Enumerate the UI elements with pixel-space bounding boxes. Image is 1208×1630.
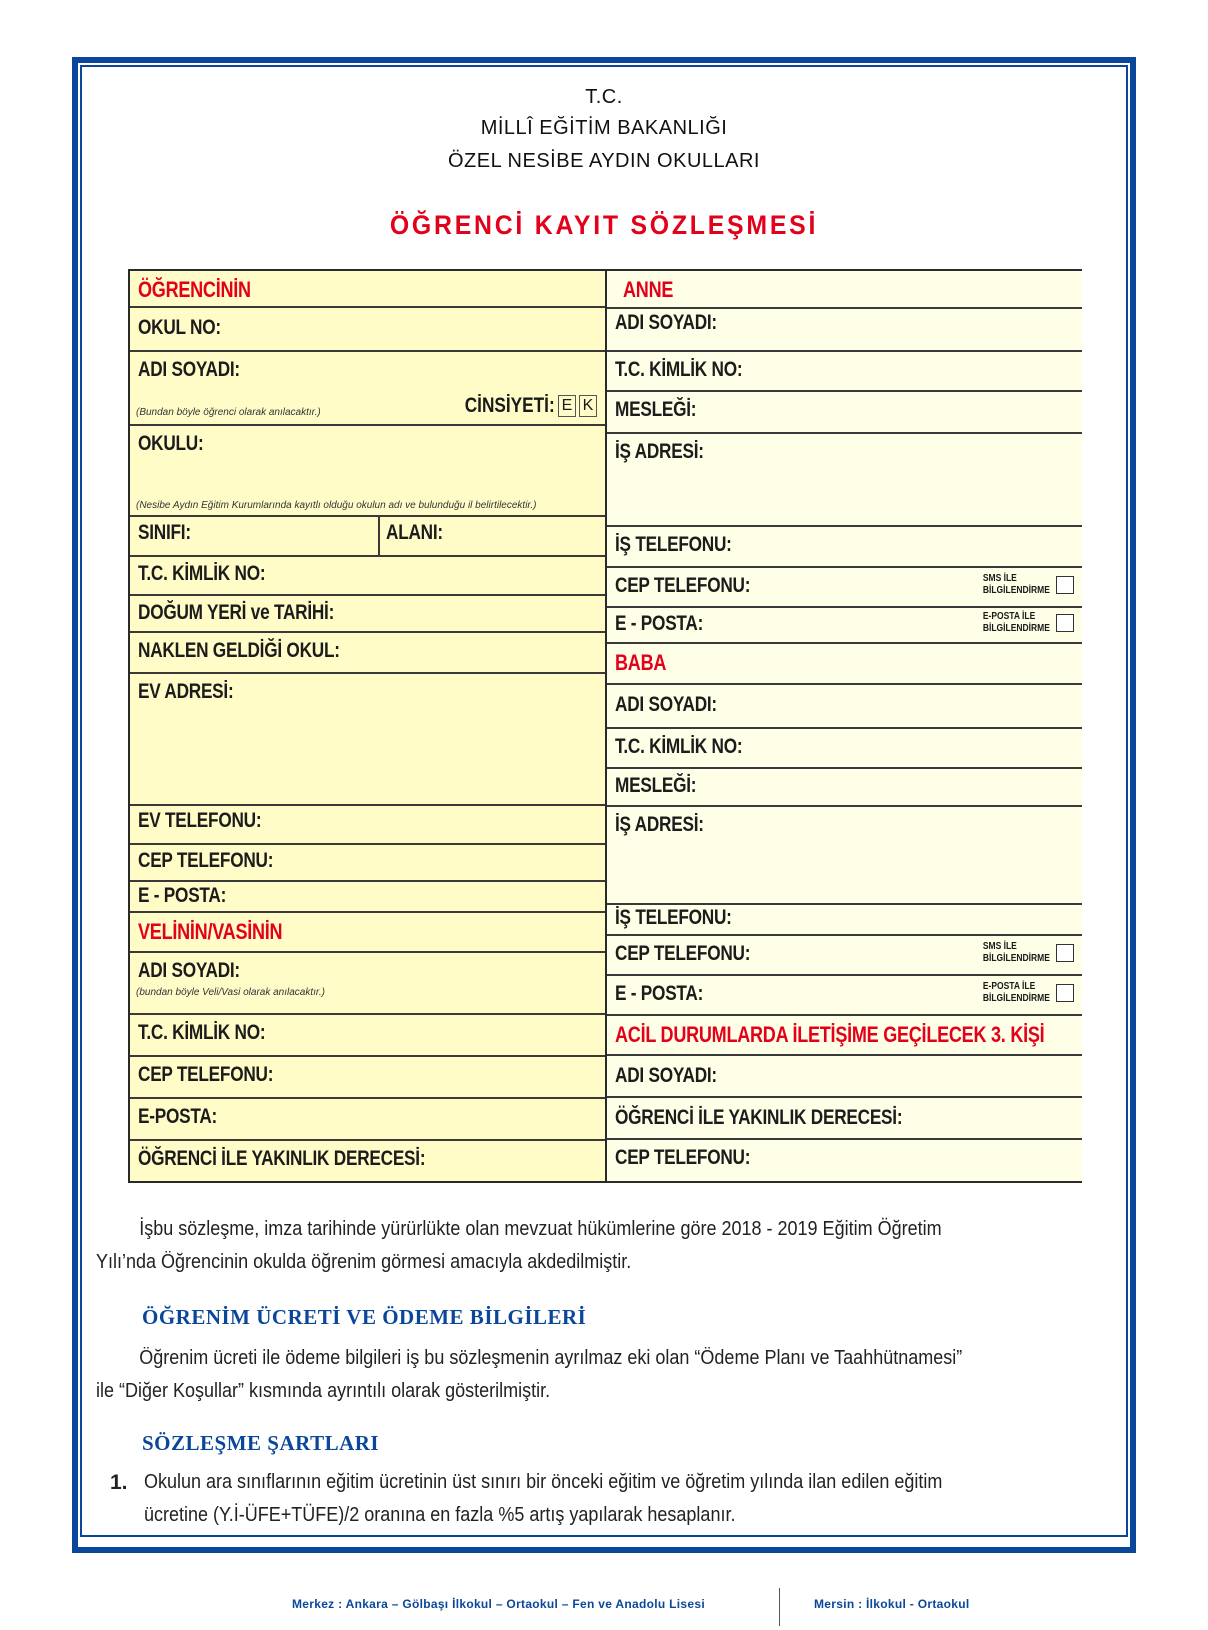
field-student-tc[interactable]: T.C. KİMLİK NO: <box>130 557 605 596</box>
field-student-dogum[interactable]: DOĞUM YERİ ve TARİHİ: <box>130 596 605 633</box>
field-label: NAKLEN GELDİĞİ OKUL: <box>138 639 340 663</box>
section-label: ANNE <box>623 277 673 303</box>
field-father-cep[interactable]: CEP TELEFONU: SMS İLEBİLGİLENDİRME <box>607 936 1082 976</box>
field-guardian-yakinlik[interactable]: ÖĞRENCİ İLE YAKINLIK DERECESİ: <box>130 1141 605 1181</box>
section-label: ÖĞRENCİNİN <box>138 277 251 303</box>
field-label: İŞ ADRESİ: <box>615 440 704 464</box>
field-label: E - POSTA: <box>615 612 703 636</box>
parents-column: ANNE ADI SOYADI: T.C. KİMLİK NO: MESLEĞİ… <box>605 271 1082 1181</box>
student-guardian-column: ÖĞRENCİNİN OKUL NO: ADI SOYADI: (Bundan … <box>130 271 605 1181</box>
intro-paragraph: İşbu sözleşme, imza tarihinde yürürlükte… <box>96 1213 1126 1279</box>
guardian-section-header: VELİNİN/VASİNİN <box>130 913 605 953</box>
field-student-ev-tel[interactable]: EV TELEFONU: <box>130 806 605 845</box>
mother-sms-checkbox[interactable] <box>1056 576 1074 594</box>
field-label: E - POSTA: <box>615 982 703 1006</box>
field-guardian-cep[interactable]: CEP TELEFONU: <box>130 1057 605 1099</box>
section-label: VELİNİN/VASİNİN <box>138 919 282 945</box>
term-number: 1. <box>110 1466 128 1499</box>
field-label-sinifi[interactable]: SINIFI: <box>138 521 191 545</box>
field-label: ADI SOYADI: <box>615 693 717 717</box>
field-label: E - POSTA: <box>138 884 226 908</box>
field-emergency-adi-soyadi[interactable]: ADI SOYADI: <box>607 1056 1082 1098</box>
footer-divider <box>779 1588 780 1626</box>
cell-divider <box>378 517 380 555</box>
student-section-header: ÖĞRENCİNİN <box>130 271 605 308</box>
gender-selector: CİNSİYETİ: E K <box>445 394 597 418</box>
field-emergency-yakinlik[interactable]: ÖĞRENCİ İLE YAKINLIK DERECESİ: <box>607 1098 1082 1140</box>
field-mother-tc[interactable]: T.C. KİMLİK NO: <box>607 352 1082 392</box>
field-student-okulu[interactable]: OKULU: (Nesibe Aydın Eğitim Kurumlarında… <box>130 426 605 517</box>
footer-left: Merkez : Ankara – Gölbaşı İlkokul – Orta… <box>292 1597 705 1611</box>
field-label: T.C. KİMLİK NO: <box>615 735 742 759</box>
field-label: CEP TELEFONU: <box>615 574 750 598</box>
field-label: ADI SOYADI: <box>615 1064 717 1088</box>
field-label: T.C. KİMLİK NO: <box>138 562 265 586</box>
term-line-1: Okulun ara sınıflarının eğitim ücretinin… <box>144 1466 942 1499</box>
field-mother-eposta[interactable]: E - POSTA: E-POSTA İLEBİLGİLENDİRME <box>607 608 1082 644</box>
field-note: (Nesibe Aydın Eğitim Kurumlarında kayıtl… <box>136 500 537 511</box>
header-ministry: MİLLÎ EĞİTİM BAKANLIĞI <box>0 117 1208 140</box>
father-sms-option: SMS İLEBİLGİLENDİRME <box>971 941 1074 965</box>
section-label: BABA <box>615 650 666 676</box>
field-guardian-eposta[interactable]: E-POSTA: <box>130 1099 605 1141</box>
field-label: İŞ ADRESİ: <box>615 813 704 837</box>
field-emergency-cep[interactable]: CEP TELEFONU: <box>607 1140 1082 1181</box>
field-label: E-POSTA: <box>138 1105 217 1129</box>
fee-line-2: ile “Diğer Koşullar” kısmında ayrıntılı … <box>96 1375 550 1408</box>
field-label: İŞ TELEFONU: <box>615 906 732 930</box>
field-father-meslek[interactable]: MESLEĞİ: <box>607 769 1082 807</box>
mother-sms-option: SMS İLEBİLGİLENDİRME <box>971 573 1074 597</box>
field-label: İŞ TELEFONU: <box>615 533 732 557</box>
sms-option-label: SMS İLEBİLGİLENDİRME <box>983 573 1050 597</box>
sms-option-label: SMS İLEBİLGİLENDİRME <box>983 941 1050 965</box>
field-label: ÖĞRENCİ İLE YAKINLIK DERECESİ: <box>615 1106 902 1130</box>
field-label: EV ADRESİ: <box>138 680 233 704</box>
father-email-checkbox[interactable] <box>1056 984 1074 1002</box>
field-label: EV TELEFONU: <box>138 809 261 833</box>
field-label: DOĞUM YERİ ve TARİHİ: <box>138 601 334 625</box>
field-label: CEP TELEFONU: <box>138 1063 273 1087</box>
field-mother-cep[interactable]: CEP TELEFONU: SMS İLEBİLGİLENDİRME <box>607 568 1082 608</box>
email-option-label: E-POSTA İLEBİLGİLENDİRME <box>983 611 1050 635</box>
document-title: ÖĞRENCİ KAYIT SÖZLEŞMESİ <box>48 210 1159 241</box>
mother-email-option: E-POSTA İLEBİLGİLENDİRME <box>971 611 1074 635</box>
field-label: OKUL NO: <box>138 316 221 340</box>
field-mother-is-tel[interactable]: İŞ TELEFONU: <box>607 527 1082 568</box>
field-note: (bundan böyle Veli/Vasi olarak anılacakt… <box>136 987 325 998</box>
emergency-section-header: ACİL DURUMLARDA İLETİŞİME GEÇİLECEK 3. K… <box>607 1016 1082 1056</box>
father-section-header: BABA <box>607 644 1082 685</box>
header-tc: T.C. <box>0 86 1208 109</box>
field-student-eposta[interactable]: E - POSTA: <box>130 882 605 913</box>
field-student-cep[interactable]: CEP TELEFONU: <box>130 845 605 882</box>
field-father-is-tel[interactable]: İŞ TELEFONU: <box>607 905 1082 936</box>
fee-line-1: Öğrenim ücreti ile ödeme bilgileri iş bu… <box>96 1342 962 1375</box>
field-label: ÖĞRENCİ İLE YAKINLIK DERECESİ: <box>138 1147 425 1171</box>
intro-line-1: İşbu sözleşme, imza tarihinde yürürlükte… <box>96 1213 942 1246</box>
father-email-option: E-POSTA İLEBİLGİLENDİRME <box>971 981 1074 1005</box>
gender-label: CİNSİYETİ: <box>465 394 555 418</box>
email-option-label: E-POSTA İLEBİLGİLENDİRME <box>983 981 1050 1005</box>
fee-paragraph: Öğrenim ücreti ile ödeme bilgileri iş bu… <box>96 1342 1126 1408</box>
field-father-adi-soyadi[interactable]: ADI SOYADI: <box>607 685 1082 729</box>
field-label-alani[interactable]: ALANI: <box>386 521 443 545</box>
fee-section-heading: ÖĞRENİM ÜCRETİ VE ÖDEME BİLGİLERİ <box>142 1305 586 1330</box>
field-note: (Bundan böyle öğrenci olarak anılacaktır… <box>136 407 321 418</box>
footer-right: Mersin : İlkokul - Ortaokul <box>814 1597 969 1611</box>
field-father-tc[interactable]: T.C. KİMLİK NO: <box>607 729 1082 769</box>
father-sms-checkbox[interactable] <box>1056 944 1074 962</box>
field-label: CEP TELEFONU: <box>615 1146 750 1170</box>
section-label: ACİL DURUMLARDA İLETİŞİME GEÇİLECEK 3. K… <box>615 1022 1044 1048</box>
field-label: ADI SOYADI: <box>138 959 240 983</box>
field-label: T.C. KİMLİK NO: <box>138 1021 265 1045</box>
field-student-ev-adresi[interactable]: EV ADRESİ: <box>130 674 605 806</box>
field-student-okul-no[interactable]: OKUL NO: <box>130 308 605 352</box>
field-guardian-tc[interactable]: T.C. KİMLİK NO: <box>130 1015 605 1057</box>
registration-form-table: ÖĞRENCİNİN OKUL NO: ADI SOYADI: (Bundan … <box>128 269 1082 1183</box>
gender-option-k[interactable]: K <box>579 395 597 417</box>
gender-option-e[interactable]: E <box>558 395 576 417</box>
field-label: OKULU: <box>138 432 203 456</box>
term-line-2: ücretine (Y.İ-ÜFE+TÜFE)/2 oranına en faz… <box>144 1499 735 1532</box>
field-student-naklen[interactable]: NAKLEN GELDİĞİ OKUL: <box>130 633 605 674</box>
field-mother-is-adresi[interactable]: İŞ ADRESİ: <box>607 434 1082 527</box>
header-school: ÖZEL NESİBE AYDIN OKULLARI <box>0 150 1208 173</box>
field-guardian-adi-soyadi[interactable]: ADI SOYADI: (bundan böyle Veli/Vasi olar… <box>130 953 605 1015</box>
field-student-adi-soyadi[interactable]: ADI SOYADI: (Bundan böyle öğrenci olarak… <box>130 352 605 426</box>
mother-email-checkbox[interactable] <box>1056 614 1074 632</box>
field-mother-meslek[interactable]: MESLEĞİ: <box>607 392 1082 434</box>
terms-section-heading: SÖZLEŞME ŞARTLARI <box>142 1431 379 1456</box>
field-label: T.C. KİMLİK NO: <box>615 358 742 382</box>
field-student-sinifi-alani: SINIFI: ALANI: <box>130 517 605 557</box>
field-label: CEP TELEFONU: <box>615 942 750 966</box>
field-label: ADI SOYADI: <box>615 311 717 335</box>
field-father-is-adresi[interactable]: İŞ ADRESİ: <box>607 807 1082 905</box>
field-label: MESLEĞİ: <box>615 398 696 422</box>
intro-line-2: Yılı’nda Öğrencinin okulda öğrenim görme… <box>96 1246 631 1279</box>
field-label: ADI SOYADI: <box>138 358 240 382</box>
field-mother-adi-soyadi[interactable]: ADI SOYADI: <box>607 309 1082 352</box>
field-label: CEP TELEFONU: <box>138 849 273 873</box>
field-father-eposta[interactable]: E - POSTA: E-POSTA İLEBİLGİLENDİRME <box>607 976 1082 1016</box>
field-label: MESLEĞİ: <box>615 774 696 798</box>
mother-section-header: ANNE <box>607 271 1082 309</box>
